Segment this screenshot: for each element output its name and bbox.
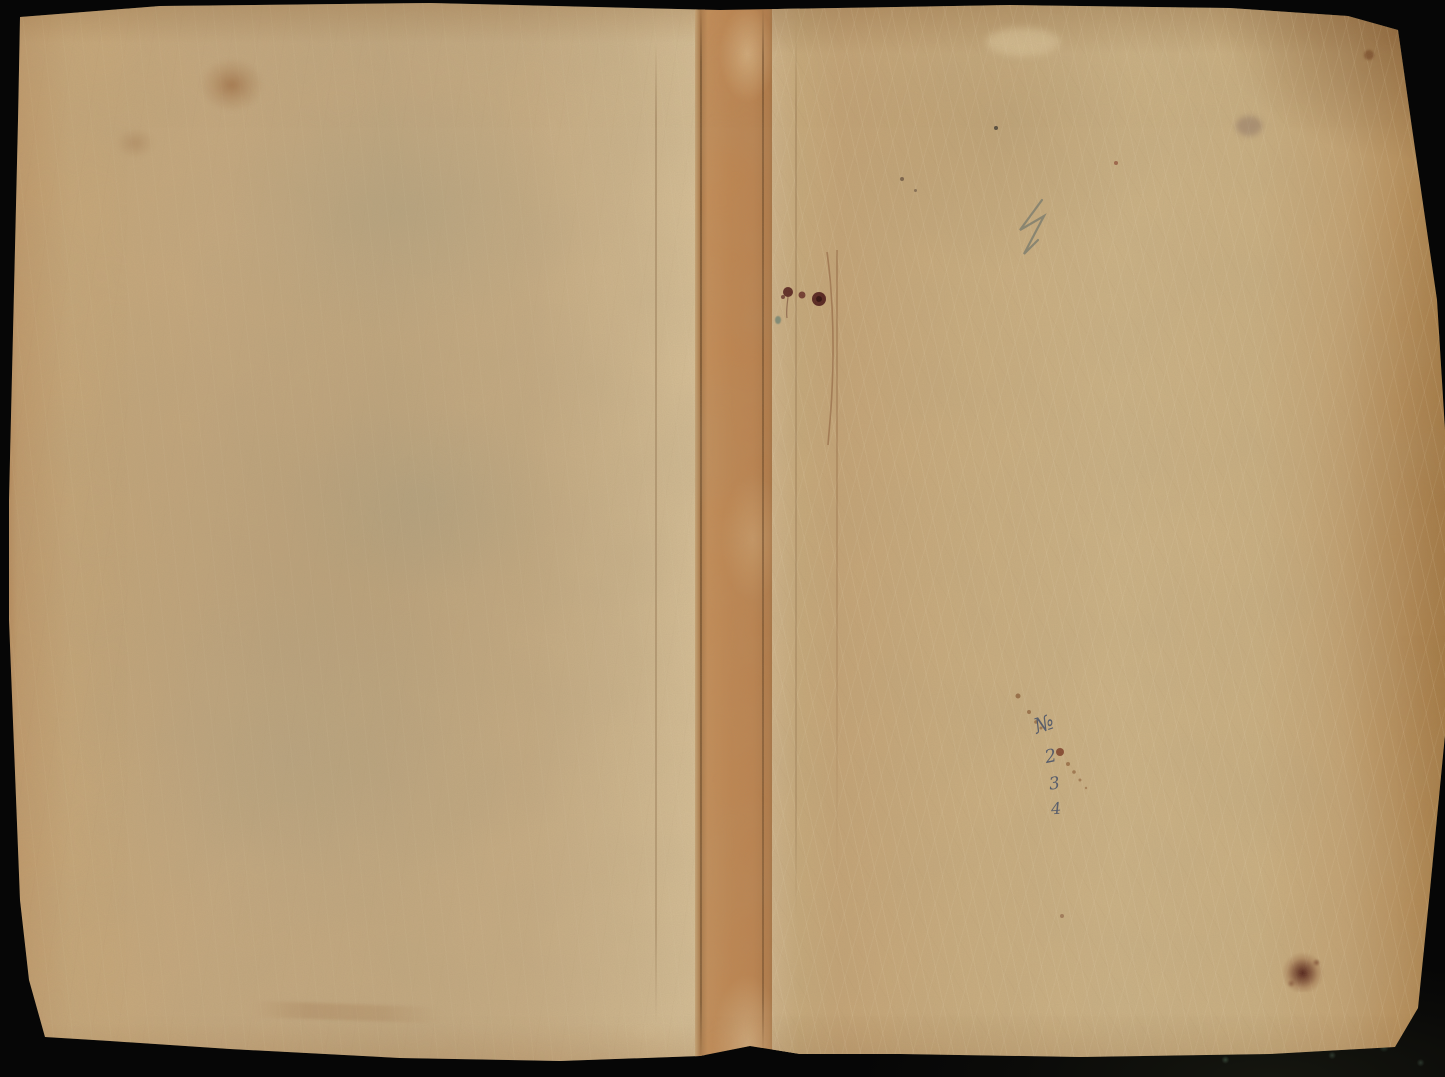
stain-top-left-faint bbox=[116, 128, 154, 158]
leather-texture bbox=[0, 0, 705, 1077]
stain-top-left bbox=[200, 58, 264, 112]
back-board bbox=[0, 0, 705, 1077]
faint-smudge bbox=[1236, 116, 1262, 136]
spine-joint-right bbox=[762, 5, 764, 1055]
light-blotch-top bbox=[986, 28, 1060, 56]
ink-blot-cluster bbox=[775, 240, 845, 450]
crease-line bbox=[795, 20, 797, 920]
speck bbox=[1114, 161, 1118, 165]
front-board bbox=[772, 0, 1445, 1077]
ink-character: 4 bbox=[1050, 799, 1062, 819]
book-cover-spread: № 2 3 4 bbox=[0, 0, 1445, 1077]
speck bbox=[914, 189, 917, 192]
speck bbox=[900, 177, 904, 181]
brown-spot bbox=[1364, 50, 1374, 60]
photo-backdrop: № 2 3 4 bbox=[0, 0, 1445, 1077]
crease-line bbox=[655, 40, 657, 1025]
leather-texture bbox=[772, 0, 1445, 1077]
speck bbox=[1060, 914, 1064, 918]
spine-joint-left bbox=[700, 10, 702, 1055]
pencil-scribble bbox=[1008, 196, 1056, 258]
speck bbox=[994, 126, 998, 130]
stain-bottom-right bbox=[1282, 950, 1328, 992]
